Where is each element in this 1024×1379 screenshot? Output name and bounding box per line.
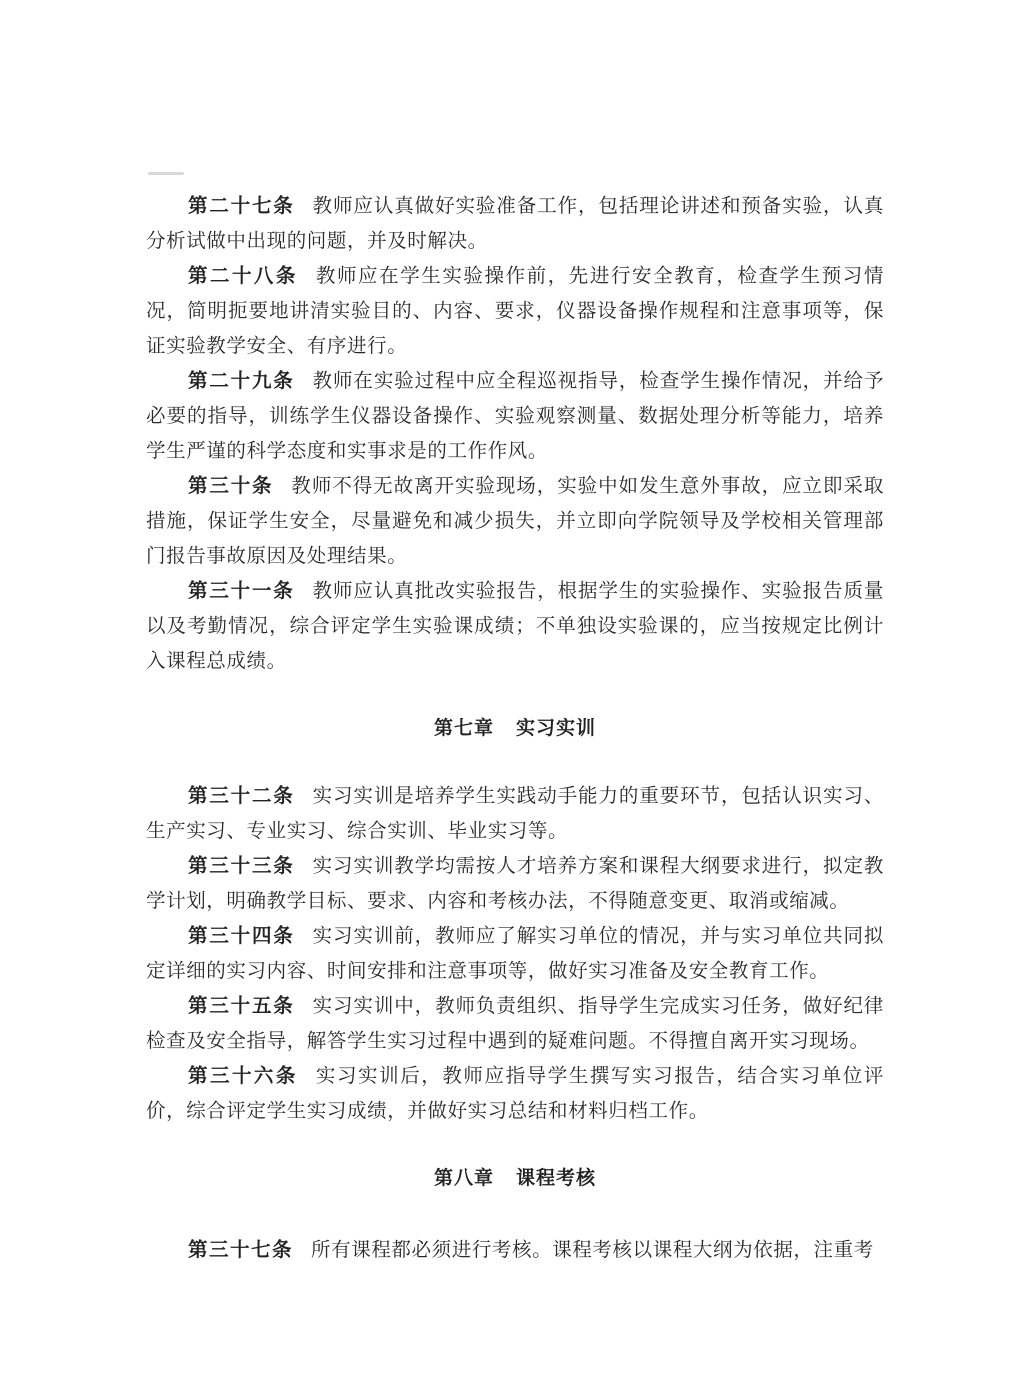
- chapter-title: 实习实训: [516, 717, 596, 739]
- article-number: 第二十八条: [188, 264, 298, 287]
- article-32: 第三十二条实习实训是培养学生实践动手能力的重要环节，包括认识实习、生产实习、专业…: [146, 778, 884, 848]
- scan-mark: [148, 172, 184, 175]
- article-number: 第三十二条: [188, 784, 295, 807]
- article-33: 第三十三条实习实训教学均需按人才培养方案和课程大纲要求进行，拟定教学计划，明确教…: [146, 848, 884, 918]
- document-page: 第二十七条教师应认真做好实验准备工作，包括理论讲述和预备实验，认真分析试做中出现…: [146, 188, 884, 1267]
- article-number: 第三十七条: [188, 1238, 293, 1261]
- article-37: 第三十七条所有课程都必须进行考核。课程考核以课程大纲为依据，注重考: [146, 1232, 884, 1267]
- chapter-title: 课程考核: [516, 1167, 596, 1189]
- article-text: 所有课程都必须进行考核。课程考核以课程大纲为依据，注重考: [311, 1238, 874, 1261]
- article-number: 第三十六条: [188, 1064, 298, 1087]
- chapter-number: 第七章: [434, 717, 494, 739]
- article-34: 第三十四条实习实训前，教师应了解实习单位的情况，并与实习单位共同拟定详细的实习内…: [146, 918, 884, 988]
- article-27: 第二十七条教师应认真做好实验准备工作，包括理论讲述和预备实验，认真分析试做中出现…: [146, 188, 884, 258]
- article-number: 第三十三条: [188, 854, 295, 877]
- article-35: 第三十五条实习实训中，教师负责组织、指导学生完成实习任务，做好纪律检查及安全指导…: [146, 988, 884, 1058]
- chapter-7-heading: 第七章实习实训: [146, 708, 884, 748]
- article-28: 第二十八条教师应在学生实验操作前，先进行安全教育，检查学生预习情况，简明扼要地讲…: [146, 258, 884, 363]
- chapter-8-heading: 第八章课程考核: [146, 1158, 884, 1198]
- chapter-number: 第八章: [434, 1167, 494, 1189]
- article-number: 第二十九条: [188, 369, 295, 392]
- article-29: 第二十九条教师在实验过程中应全程巡视指导，检查学生操作情况，并给予必要的指导，训…: [146, 363, 884, 468]
- article-number: 第三十条: [188, 474, 273, 497]
- article-number: 第二十七条: [188, 194, 295, 217]
- article-31: 第三十一条教师应认真批改实验报告，根据学生的实验操作、实验报告质量以及考勤情况，…: [146, 573, 884, 678]
- article-number: 第三十一条: [188, 579, 295, 602]
- article-30: 第三十条教师不得无故离开实验现场，实验中如发生意外事故，应立即采取措施，保证学生…: [146, 468, 884, 573]
- article-36: 第三十六条实习实训后，教师应指导学生撰写实习报告，结合实习单位评价，综合评定学生…: [146, 1058, 884, 1128]
- article-number: 第三十四条: [188, 924, 295, 947]
- article-number: 第三十五条: [188, 994, 295, 1017]
